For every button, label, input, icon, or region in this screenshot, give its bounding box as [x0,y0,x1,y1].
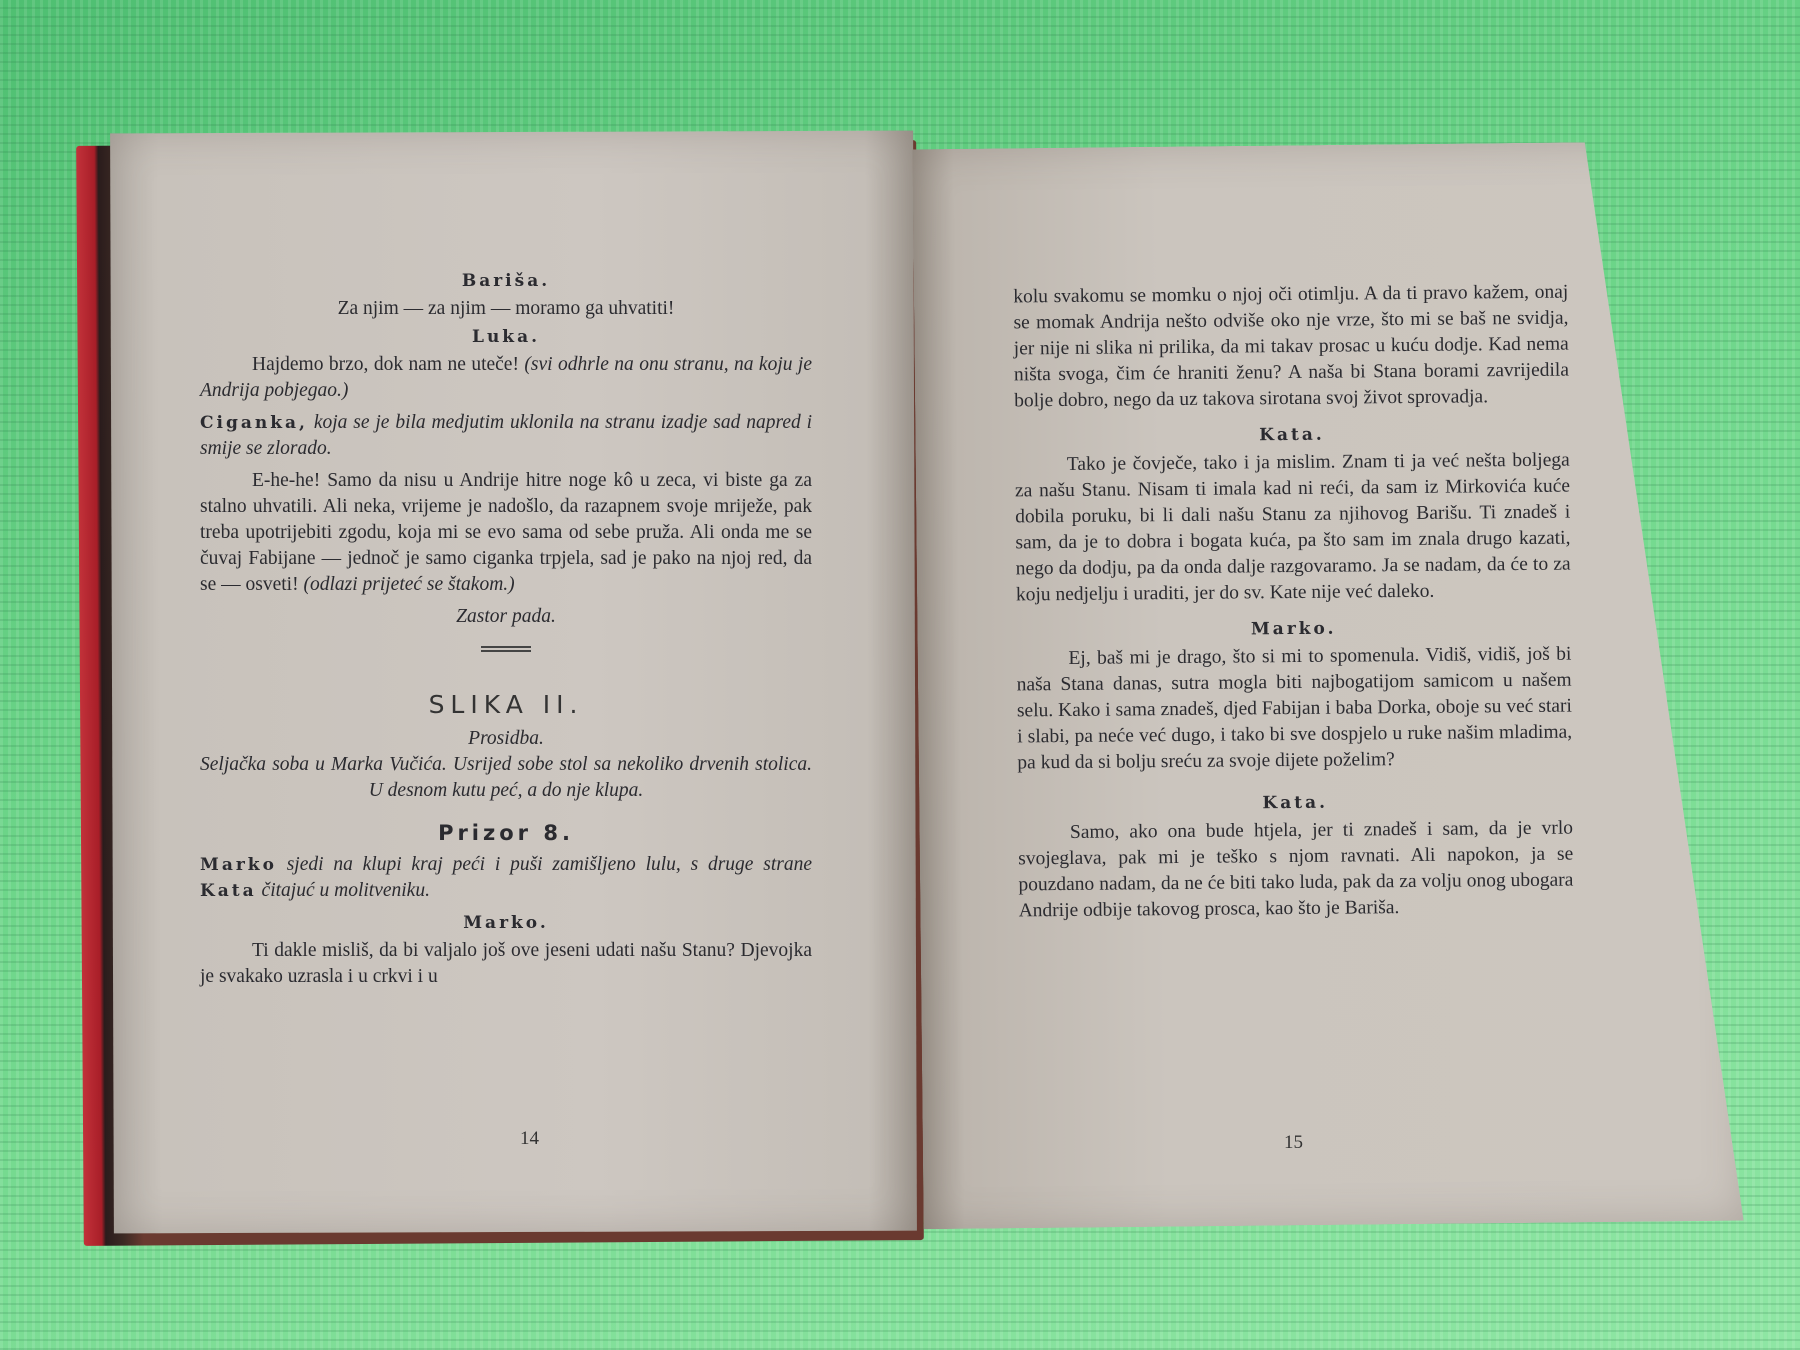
dialogue-paragraph: kolu svakomu se momku o njoj oči otimlju… [1013,280,1569,415]
scene-heading: Prizor 8. [200,820,812,846]
act-heading: SLIKA II. [200,692,812,718]
dialogue-paragraph: Hajdemo brzo, dok nam ne uteče! (svi odh… [200,352,812,404]
page-number-left: 14 [520,1128,539,1150]
left-page-text: Bariša. Za njim — za njim — moramo ga uh… [200,266,812,996]
speaker-label: Marko. [1016,614,1571,645]
act-subtitle: Prosidba. [200,726,812,752]
speaker-label: Marko [200,855,277,875]
stage-direction: (odlazi prijeteć se štakom.) [303,574,514,595]
curtain-falls: Zastor pada. [200,604,812,630]
dialogue-paragraph: Ej, baš mi je drago, što si mi to spomen… [1016,642,1572,777]
speaker-label: Ciganka, [200,413,308,433]
speaker-label: Luka. [200,324,812,350]
dialogue-paragraph: Samo, ako ona bude htjela, jer ti znadeš… [1018,816,1574,925]
stage-direction-scene: Marko sjedi na klupi kraj peći i puši za… [200,852,812,904]
speaker-label: Bariša. [200,268,812,294]
setting-description: Seljačka soba u Marka Vučića. Usrijed so… [200,752,812,804]
section-divider [481,646,531,652]
speaker-label: Marko. [200,910,812,936]
stage-direction-intro: Ciganka, koja se je bila medjutim ukloni… [200,410,812,462]
speaker-label: Kata. [1018,788,1573,819]
page-number-right: 15 [1284,1132,1303,1154]
dialogue-paragraph: Ti dakle misliš, da bi valjalo još ove j… [200,938,812,990]
dialogue-paragraph: E-he-he! Samo da nisu u Andrije hitre no… [200,468,812,598]
right-page-text: kolu svakomu se momku o njoj oči otimlju… [1013,280,1574,931]
dialogue-paragraph: Tako je čovječe, tako i ja mislim. Znam … [1015,448,1571,609]
speaker-label: Kata [200,881,257,901]
dialogue-line: Za njim — za njim — moramo ga uhvatiti! [200,296,812,322]
speaker-label: Kata. [1014,420,1569,451]
